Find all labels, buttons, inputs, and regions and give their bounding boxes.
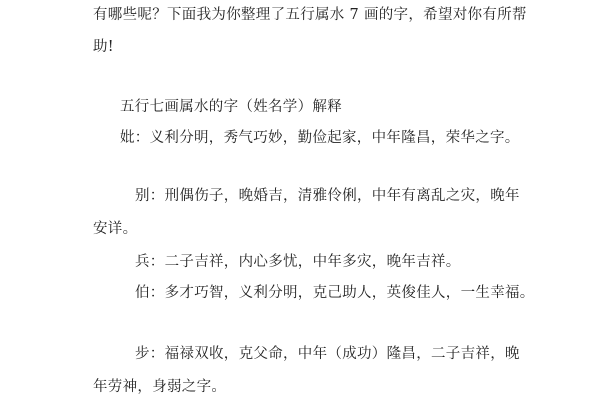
entry-bie-line-1: 别：刑偶伤子，晚婚吉，清雅伶俐，中年有离乱之灾，晚年 <box>135 187 520 205</box>
entry-bo: 伯：多才巧智，义利分明，克己助人，英俊佳人，一生幸福。 <box>135 284 535 302</box>
section-heading: 五行七画属水的字（姓名学）解释 <box>120 98 342 116</box>
entry-bie-line-2: 安详。 <box>93 220 137 238</box>
intro-text-line-1: 有哪些呢？下面我为你整理了五行属水 7 画的字，希望对你有所帮 <box>93 6 527 24</box>
entry-bi: 妣：义利分明，秀气巧妙，勤俭起家，中年隆昌，荣华之字。 <box>120 129 520 147</box>
entry-bing: 兵：二子吉祥，内心多忧，中年多灾，晚年吉祥。 <box>135 253 461 271</box>
entry-bu-line-1: 步：福禄双收，克父命，中年（成功）隆昌，二子吉祥，晚 <box>135 345 520 363</box>
intro-text-line-2: 助! <box>93 38 114 56</box>
entry-bu-line-2: 年劳神，身弱之字。 <box>93 378 226 396</box>
